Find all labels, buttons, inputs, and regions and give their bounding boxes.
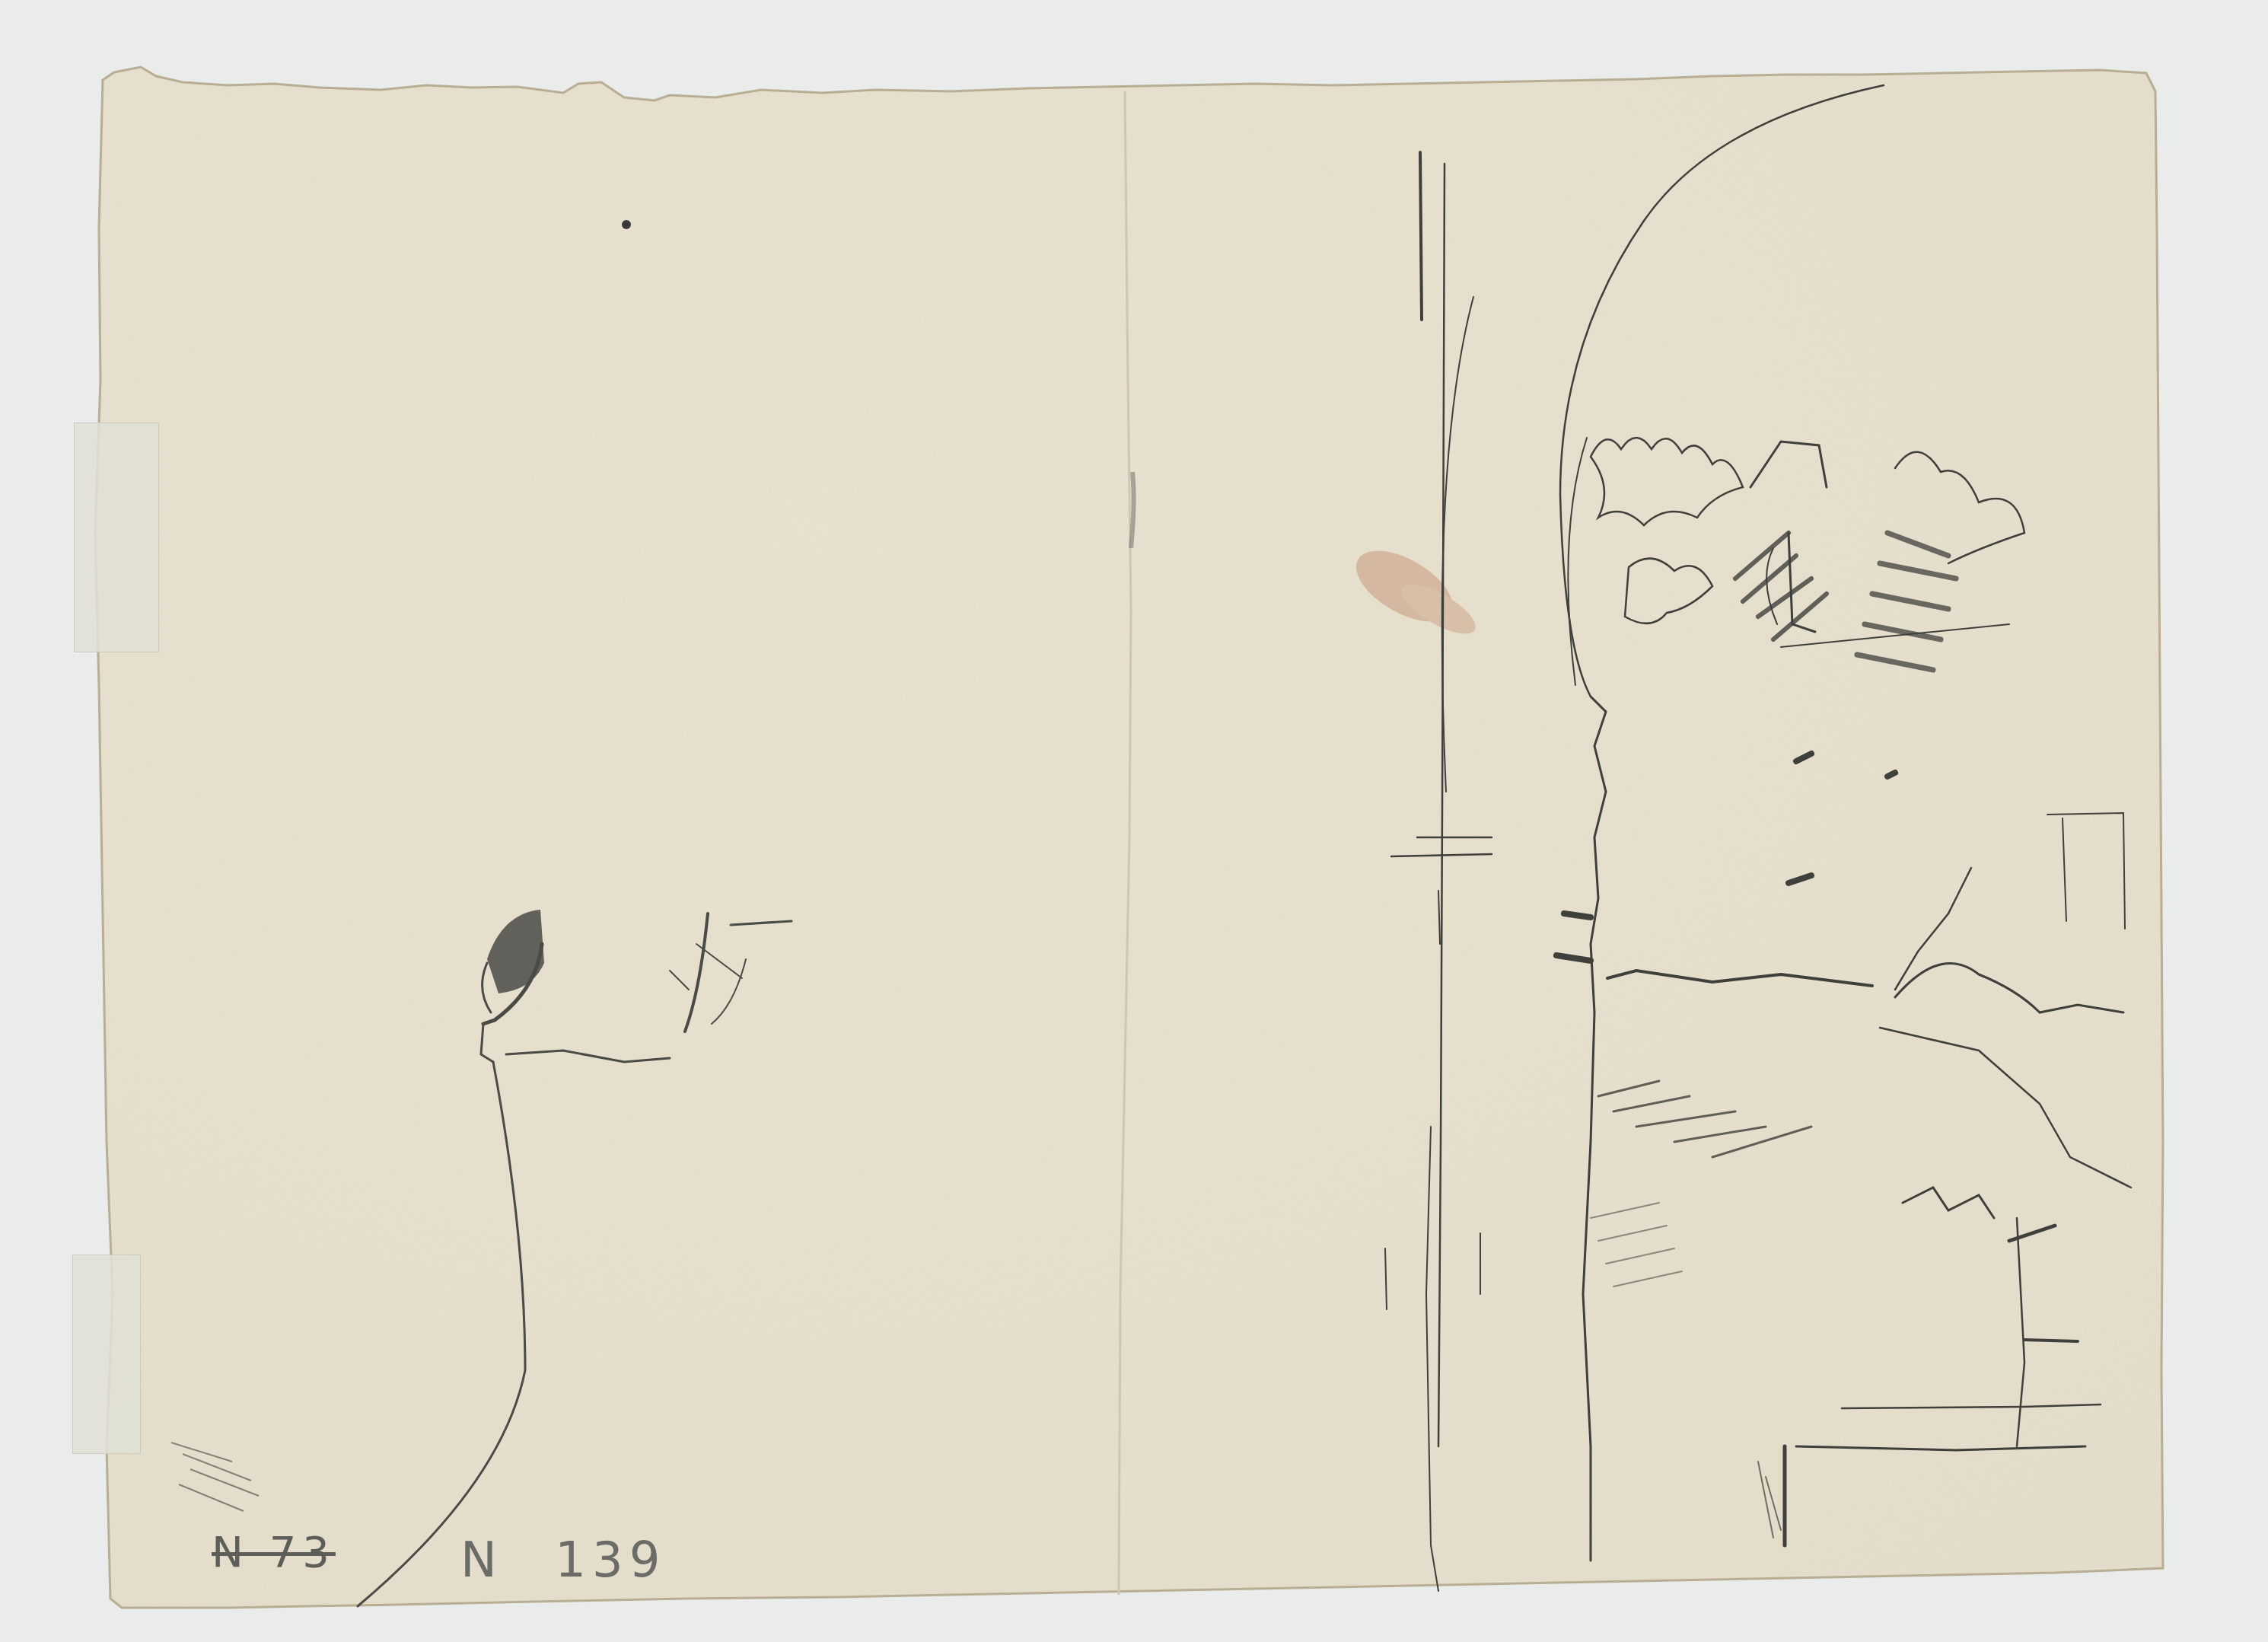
paper-hinge-bottom	[72, 1255, 141, 1454]
inventory-number-old: N 73	[212, 1532, 336, 1574]
ink-speck	[622, 220, 631, 229]
graphite-smudge	[1131, 472, 1134, 548]
paper-hinge-top	[74, 422, 159, 652]
inventory-number-current: N 139	[460, 1536, 666, 1585]
scanned-drawing: N 73 N 139	[0, 0, 2268, 1642]
drawing-canvas	[0, 0, 2268, 1642]
